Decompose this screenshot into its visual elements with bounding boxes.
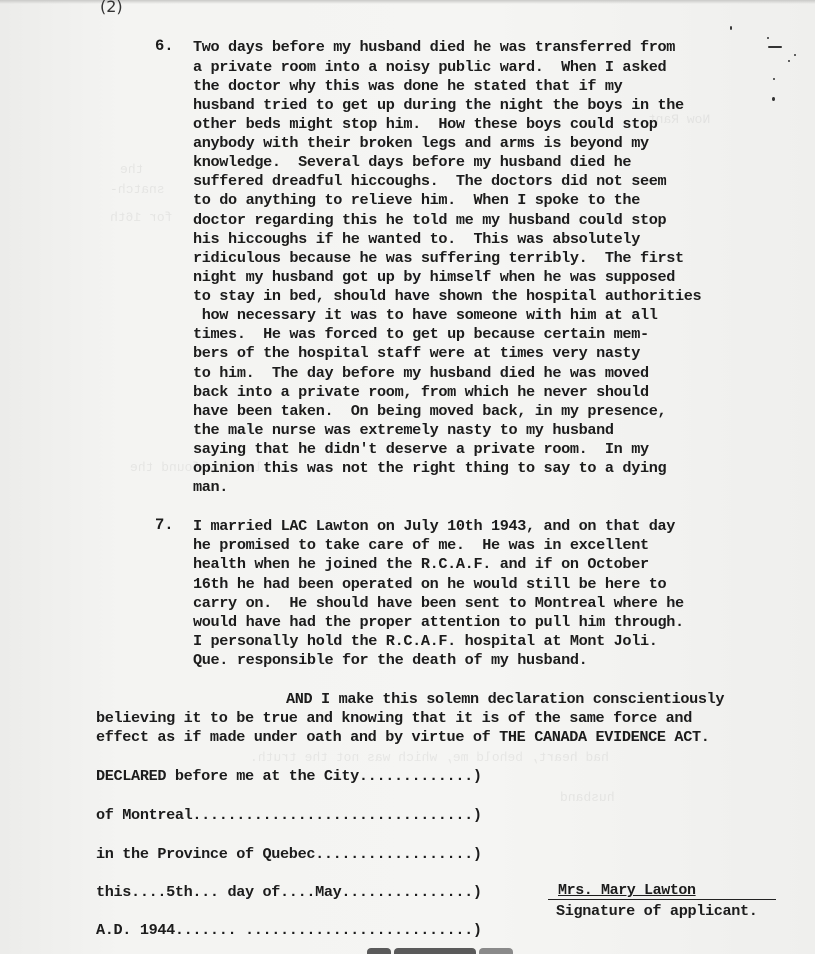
declaration-line: believing it to be true and knowing that… xyxy=(96,709,692,728)
paragraph-6-line: Two days before my husband died he was t… xyxy=(193,38,675,57)
paragraph-6-line: anybody with their broken legs and arms … xyxy=(193,134,649,153)
scan-speck xyxy=(730,26,732,30)
paragraph-number: 6. xyxy=(155,37,174,55)
bleed-through-text: husband xyxy=(560,790,615,805)
scan-speck xyxy=(794,54,796,56)
paragraph-6-line: suffered dreadful hiccoughs. The doctors… xyxy=(193,172,666,191)
viewer-toolbar-segment[interactable] xyxy=(394,948,476,954)
signature-label: Signature of applicant. xyxy=(556,902,758,920)
paragraph-6-line: to stay in bed, should have shown the ho… xyxy=(193,287,701,306)
paragraph-6-line: his hiccoughs if he wanted to. This was … xyxy=(193,230,640,249)
scan-speck xyxy=(773,78,775,80)
paragraph-6-line: other beds might stop him. How these boy… xyxy=(193,115,658,134)
paragraph-7-line: he promised to take care of me. He was i… xyxy=(193,536,649,555)
declaration-line: effect as if made under oath and by virt… xyxy=(96,728,709,747)
paragraph-6-line: back into a private room, from which he … xyxy=(193,383,649,402)
paragraph-6-line: the male nurse was extremely nasty to my… xyxy=(193,421,614,440)
paragraph-6-line: doctor regarding this he told me my husb… xyxy=(193,211,666,230)
paragraph-6-line: to him. The day before my husband died h… xyxy=(193,364,649,383)
paragraph-7-line: 16th he had been operated on he would st… xyxy=(193,575,666,594)
viewer-toolbar-segment[interactable] xyxy=(367,948,391,954)
paragraph-7-line: carry on. He should have been sent to Mo… xyxy=(193,594,684,613)
paragraph-6-line: a private room into a noisy public ward.… xyxy=(193,58,666,77)
paragraph-6-line: ridiculous because he was suffering terr… xyxy=(193,249,684,268)
paragraph-6-line: knowledge. Several days before my husban… xyxy=(193,153,631,172)
scan-speck xyxy=(772,97,775,101)
scan-speck xyxy=(788,60,790,62)
viewer-toolbar-segment[interactable] xyxy=(479,948,513,954)
declaration-line: AND I make this solemn declaration consc… xyxy=(286,690,724,709)
paragraph-6-line: have been taken. On being moved back, in… xyxy=(193,402,666,421)
paragraph-7-line: would have had the proper attention to p… xyxy=(193,613,684,632)
jurat-year-line: A.D. 1944....... .......................… xyxy=(96,921,482,940)
jurat-montreal-line: of Montreal.............................… xyxy=(96,806,482,825)
paragraph-6-line: times. He was forced to get up because c… xyxy=(193,325,649,344)
bleed-through-text: snatch- xyxy=(110,182,165,197)
paragraph-6-line: man. xyxy=(193,478,228,497)
jurat-date-line: this....5th... day of....May............… xyxy=(96,883,482,902)
bleed-through-text: had heart, behold me, which was not the … xyxy=(250,750,609,765)
paragraph-6-line: the doctor why this was done he stated t… xyxy=(193,77,622,96)
scan-speck xyxy=(767,37,769,39)
paragraph-6-line: to do anything to relieve him. When I sp… xyxy=(193,191,640,210)
page-number: (2) xyxy=(100,0,123,16)
paragraph-6-line: how necessary it was to have someone wit… xyxy=(193,306,658,325)
paragraph-6-line: bers of the hospital staff were at times… xyxy=(193,344,640,363)
scan-speck xyxy=(768,46,782,48)
paragraph-6-line: husband tried to get up during the night… xyxy=(193,96,684,115)
bleed-through-text: the xyxy=(120,162,143,177)
paragraph-7-line: I married LAC Lawton on July 10th 1943, … xyxy=(193,517,675,536)
paragraph-7-line: health when he joined the R.C.A.F. and i… xyxy=(193,555,649,574)
paragraph-6-line: saying that he didn't deserve a private … xyxy=(193,440,649,459)
paragraph-7-line: I personally hold the R.C.A.F. hospital … xyxy=(193,632,658,651)
paragraph-6-line: opinion this was not the right thing to … xyxy=(193,459,666,478)
paragraph-number: 7. xyxy=(155,516,174,534)
jurat-province-line: in the Province of Quebec...............… xyxy=(96,845,482,864)
scanned-document-page: Now Rant. the snatch- for 16th laundry f… xyxy=(0,0,815,954)
applicant-signature: Mrs. Mary Lawton xyxy=(548,882,776,900)
paragraph-6-line: night my husband got up by himself when … xyxy=(193,268,675,287)
jurat-city-line: DECLARED before me at the City..........… xyxy=(96,767,482,786)
bleed-through-text: for 16th xyxy=(110,210,172,225)
paragraph-7-line: Que. responsible for the death of my hus… xyxy=(193,651,587,670)
